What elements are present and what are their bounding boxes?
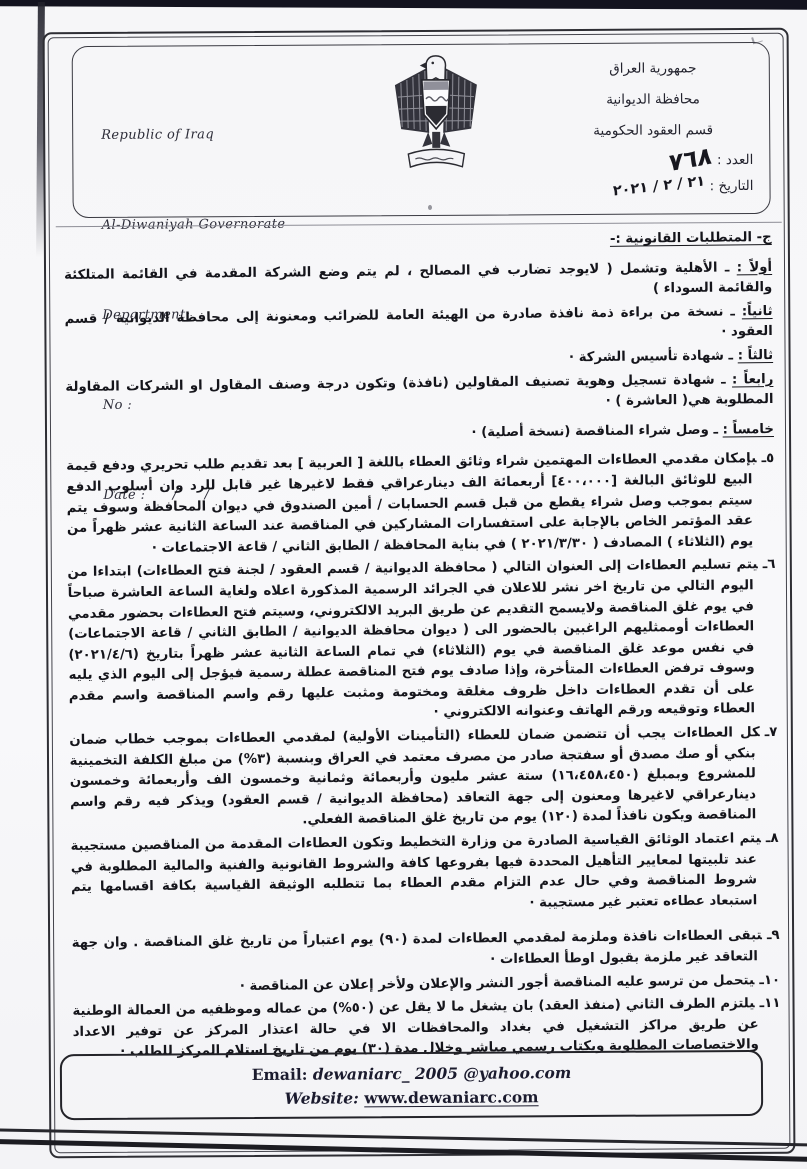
clause-number: ٦ـ — [763, 557, 776, 572]
ordinal-label: ثالثاً : — [738, 348, 774, 363]
date-label-ar: التاريخ : — [710, 178, 754, 194]
ordinal-text: ـ نسخة من براءة ذمة نافذة صادرة من الهيئ… — [65, 304, 773, 340]
document-body: ج- المتطلبات القانونية :- أولاً : ـ الأه… — [64, 228, 781, 1067]
requirement-second: ثانياً: ـ نسخة من براءة ذمة نافذة صادرة … — [64, 302, 772, 351]
clause-text: بإمكان مقدمي العطاءات المهتمين شراء وثائ… — [66, 452, 756, 556]
website-label: Website: — [285, 1088, 359, 1107]
page-border: Republic of Iraq Al-Diwaniyah Governorat… — [43, 28, 796, 1159]
country-name-ar: جمهورية العراق — [553, 53, 753, 85]
clause-number: ٧ـ — [765, 725, 778, 740]
email-line: Email: dewaniarc_ 2005 @yahoo.com — [252, 1061, 572, 1086]
clause-7: ٧ـكل العطاءات يجب أن تتضمن ضمان للعطاء (… — [69, 723, 778, 834]
clause-text: تبقى العطاءات نافذة وملزمة لمقدمي العطاء… — [72, 929, 762, 968]
email-label: Email: — [252, 1064, 308, 1083]
clause-8: ٨ـيتم اعتماد الوثائق القياسية الصادرة من… — [70, 829, 779, 919]
ordinal-label: أولاً : — [737, 260, 773, 275]
clause-text: يتحمل من ترسو عليه المناقصة أجور النشر و… — [240, 973, 755, 994]
ordinal-text: ـ الأهلية وتشمل ( لايوجد تضارب في المصال… — [64, 260, 772, 296]
website-value: www.dewaniarc.com — [364, 1087, 538, 1107]
ordinal-label: ثانياً: — [742, 304, 773, 319]
clause-number: ٨ـ — [766, 831, 779, 846]
document-number-line: العدد : ٧٦٨ — [553, 146, 753, 174]
header-arabic-block: جمهورية العراق محافظة الديوانية قسم العق… — [553, 53, 754, 200]
requirement-fifth: خامساً : ـ وصل شراء المناقصة (نسخة أصلية… — [66, 420, 774, 449]
iraq-eagle-emblem — [391, 53, 482, 176]
contact-footer: Email: dewaniarc_ 2005 @yahoo.com Websit… — [60, 1050, 763, 1120]
governorate-name-ar: محافظة الديوانية — [553, 84, 753, 116]
clause-number: ٥ـ — [761, 451, 774, 466]
clause-text: كل العطاءات يجب أن تتضمن ضمان للعطاء (ال… — [69, 725, 759, 828]
requirement-fourth: رابعاً : ـ شهادة تسجيل وهوية تصنيف المقا… — [65, 370, 773, 419]
ordinal-label: رابعاً : — [732, 372, 774, 387]
scanned-document: Republic of Iraq Al-Diwaniyah Governorat… — [0, 0, 807, 1169]
email-value: dewaniarc_ 2005 @yahoo.com — [313, 1063, 571, 1084]
clause-text: يتم اعتماد الوثائق القياسية الصادرة من و… — [70, 831, 760, 910]
clause-number: ١٠ـ — [759, 973, 780, 988]
clause-5: ٥ـبإمكان مقدمي العطاءات المهتمين شراء وث… — [66, 449, 775, 560]
clause-6: ٦ـيتم تسليم العطاءات إلى العنوان التالي … — [67, 555, 777, 728]
country-name-en: Republic of Iraq — [101, 120, 285, 151]
website-line: Website: www.dewaniarc.com — [285, 1085, 539, 1110]
document-date-line: التاريخ : ٢٠٢١ / ٢ / ٢١ — [553, 173, 753, 200]
clause-number: ١١ـ — [760, 996, 781, 1011]
ordinal-label: خامساً : — [723, 422, 774, 438]
date-handwritten: ٢٠٢١ / ٢ / ٢١ — [613, 168, 705, 204]
ordinal-text: ـ شهادة تأسيس الشركة · — [569, 348, 733, 365]
clause-text: يتم تسليم العطاءات إلى العنوان التالي ( … — [67, 557, 757, 720]
contracts-dept-ar: قسم العقود الحكومية — [553, 115, 753, 147]
clause-9: ٩ـتبقى العطاءات نافذة وملزمة لمقدمي العط… — [72, 926, 780, 975]
number-label-ar: العدد : — [717, 152, 753, 168]
ordinal-text: ـ وصل شراء المناقصة (نسخة أصلية) · — [471, 422, 718, 440]
scan-edge-top — [0, 0, 807, 10]
requirement-first: أولاً : ـ الأهلية وتشمل ( لايوجد تضارب ف… — [64, 258, 772, 307]
clause-number: ٩ـ — [767, 928, 780, 943]
document-header: Republic of Iraq Al-Diwaniyah Governorat… — [72, 42, 771, 218]
ordinal-text: ـ شهادة تسجيل وهوية تصنيف المقاولين (ناف… — [65, 372, 773, 409]
